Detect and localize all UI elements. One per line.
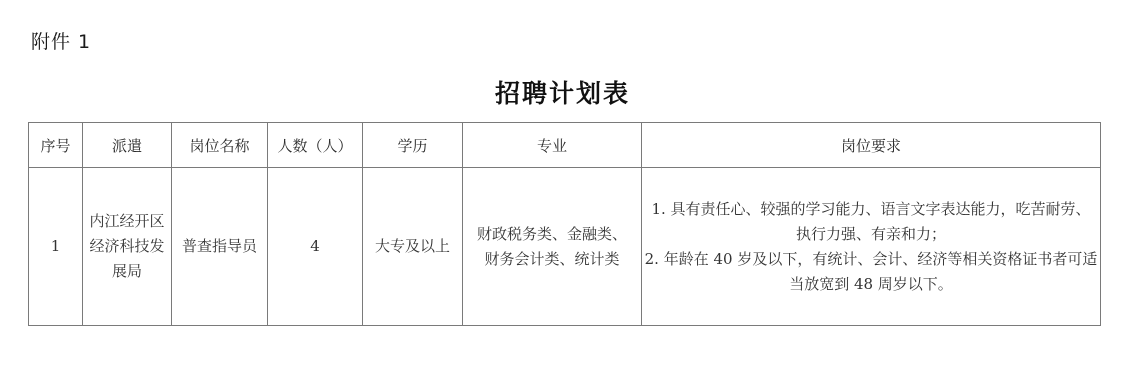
major-line: 财务会计类、统计类 xyxy=(463,247,641,272)
header-count: 人数（人） xyxy=(268,123,363,168)
header-major: 专业 xyxy=(463,123,642,168)
header-index: 序号 xyxy=(29,123,83,168)
requirement-item: 2. 年龄在 40 岁及以下，有统计、会计、经济等相关资格证书者可适当放宽到 4… xyxy=(642,247,1100,297)
header-education: 学历 xyxy=(363,123,463,168)
cell-dispatch: 内江经开区 经济科技发 展局 xyxy=(83,168,172,326)
dispatch-line: 经济科技发 xyxy=(83,234,171,259)
dispatch-line: 内江经开区 xyxy=(83,209,171,234)
header-position: 岗位名称 xyxy=(172,123,268,168)
cell-requirements: 1. 具有责任心、较强的学习能力、语言文字表达能力，吃苦耐劳、 执行力强、有亲和… xyxy=(642,168,1101,326)
attachment-label: 附件 1 xyxy=(31,27,91,54)
requirement-item: 1. 具有责任心、较强的学习能力、语言文字表达能力，吃苦耐劳、 执行力强、有亲和… xyxy=(642,197,1100,247)
document-title: 招聘计划表 xyxy=(0,74,1125,110)
cell-major: 财政税务类、金融类、 财务会计类、统计类 xyxy=(463,168,642,326)
major-line: 财政税务类、金融类、 xyxy=(463,222,641,247)
header-requirements: 岗位要求 xyxy=(642,123,1101,168)
cell-index: 1 xyxy=(29,168,83,326)
header-dispatch: 派遣 xyxy=(83,123,172,168)
recruitment-plan-table: 序号 派遣 岗位名称 人数（人） 学历 专业 岗位要求 1 内江经开区 经济科技… xyxy=(28,122,1101,326)
table-row: 1 内江经开区 经济科技发 展局 普查指导员 4 大专及以上 财政税务类、金融类… xyxy=(29,168,1101,326)
cell-position: 普查指导员 xyxy=(172,168,268,326)
dispatch-line: 展局 xyxy=(83,259,171,284)
cell-count: 4 xyxy=(268,168,363,326)
table-header-row: 序号 派遣 岗位名称 人数（人） 学历 专业 岗位要求 xyxy=(29,123,1101,168)
cell-education: 大专及以上 xyxy=(363,168,463,326)
